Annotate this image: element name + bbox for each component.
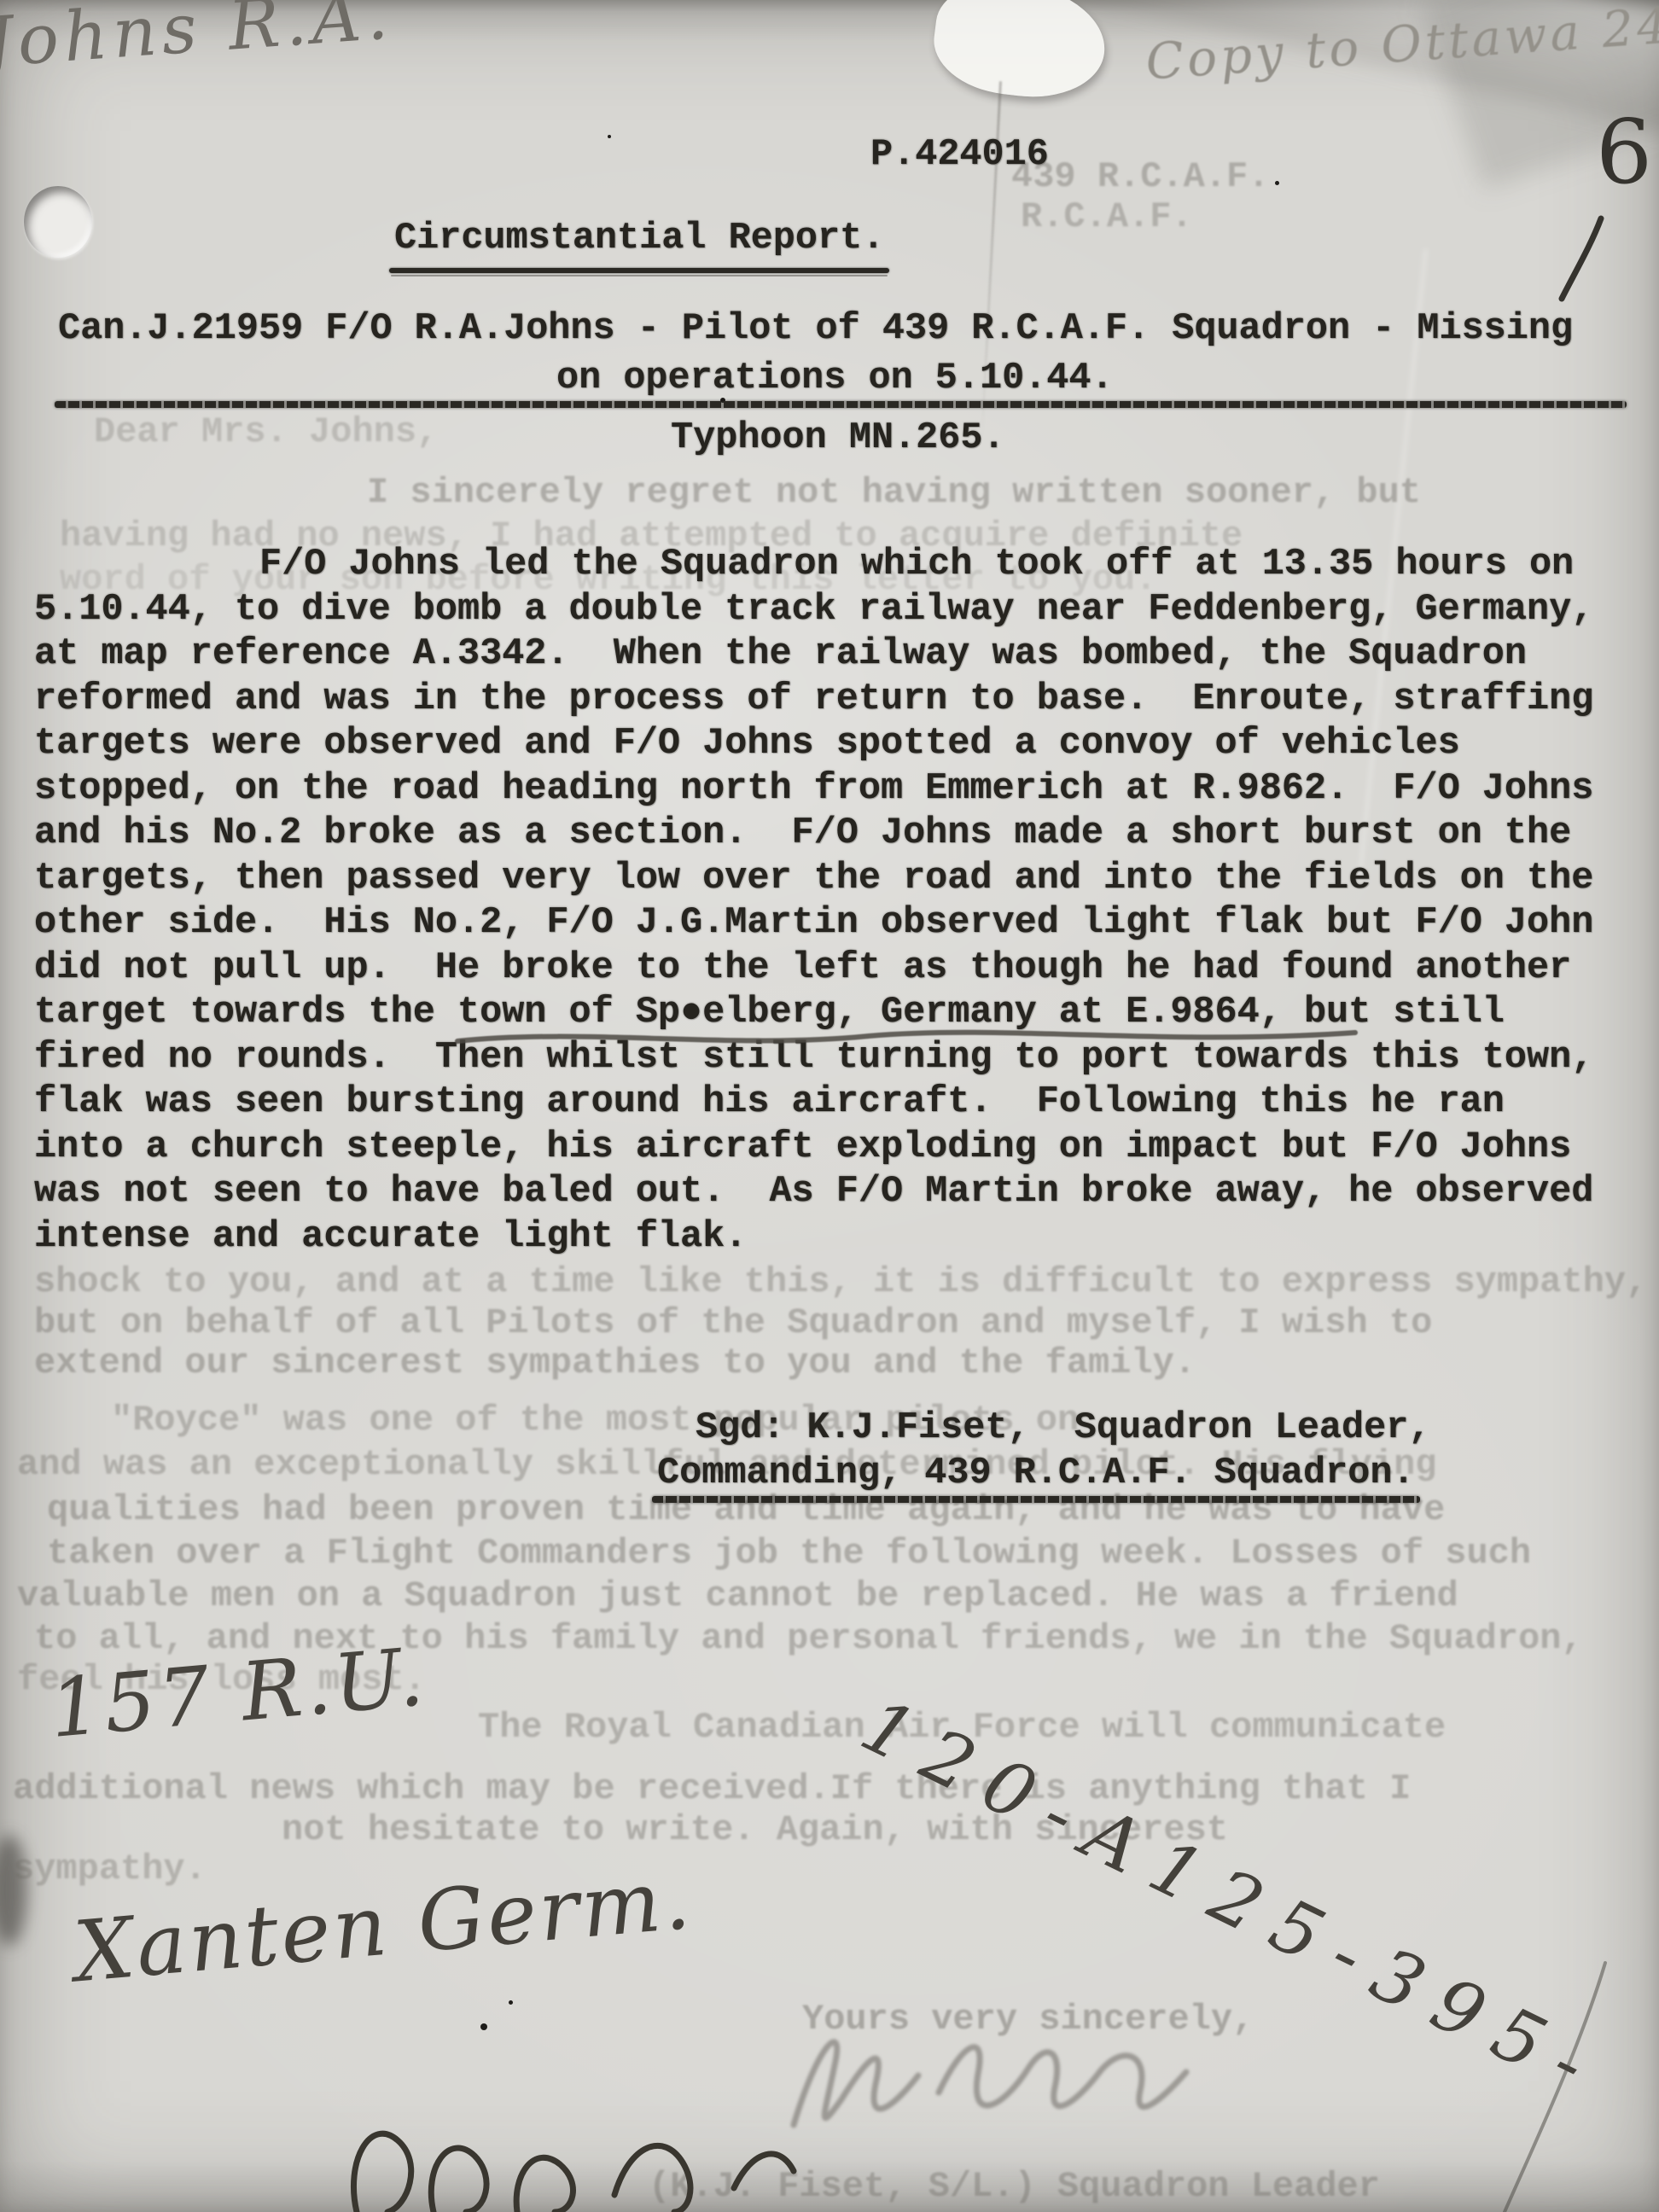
signature-line-1: Sgd: K.J.Fiset, Squadron Leader,: [696, 1410, 1430, 1447]
typed-content: P.424016 Circumstantial Report. Can.J.21…: [0, 0, 1659, 2212]
pen-stroke-diagonal: [1498, 1963, 1617, 2212]
body-text-line: and his No.2 broke as a section. F/O Joh…: [34, 812, 1639, 857]
body-text-line: intense and accurate light flak.: [34, 1215, 1639, 1260]
file-reference: P.424016: [870, 137, 1049, 174]
body-text-line: at map reference A.3342. When the railwa…: [34, 632, 1639, 678]
signature-line-2: Commanding, 439 R.C.A.F. Squadron.: [657, 1455, 1415, 1493]
title-underline: [389, 268, 889, 273]
body-text-line: targets, then passed very low over the r…: [34, 857, 1639, 902]
body-text-line: targets were observed and F/O Johns spot…: [34, 722, 1639, 767]
signature-underline-rule: [652, 1496, 1420, 1503]
body-text-line: other side. His No.2, F/O J.G.Martin obs…: [34, 901, 1639, 946]
subject-underline-rule: [55, 401, 1627, 408]
body-text-line: into a church steeple, his aircraft expl…: [34, 1126, 1639, 1171]
body-text-line: F/O Johns led the Squadron which took of…: [34, 543, 1639, 588]
report-body: F/O Johns led the Squadron which took of…: [34, 543, 1639, 1260]
pencil-underline: [451, 1022, 1372, 1057]
pen-stroke: [1555, 213, 1615, 307]
subject-line-2: on operations on 5.10.44.: [556, 360, 1114, 398]
body-text-line: flak was seen bursting around his aircra…: [34, 1080, 1639, 1126]
scanned-report-page: 439 R.C.A.F.R.C.A.F.Dear Mrs. Johns,I si…: [0, 0, 1659, 2212]
body-text-line: reformed and was in the process of retur…: [34, 678, 1639, 723]
body-text-line: did not pull up. He broke to the left as…: [34, 946, 1639, 992]
body-text-line: 5.10.44, to dive bomb a double track rai…: [34, 588, 1639, 633]
subject-line-1: Can.J.21959 F/O R.A.Johns - Pilot of 439…: [58, 311, 1573, 348]
handwritten-scrawl-bottom: [333, 2106, 828, 2212]
aircraft-line: Typhoon MN.265.: [671, 420, 1005, 457]
body-text-line: stopped, on the road heading north from …: [34, 767, 1639, 812]
report-title: Circumstantial Report.: [394, 220, 884, 258]
handwritten-page-number: 6: [1596, 108, 1652, 196]
body-text-line: was not seen to have baled out. As F/O M…: [34, 1170, 1639, 1215]
